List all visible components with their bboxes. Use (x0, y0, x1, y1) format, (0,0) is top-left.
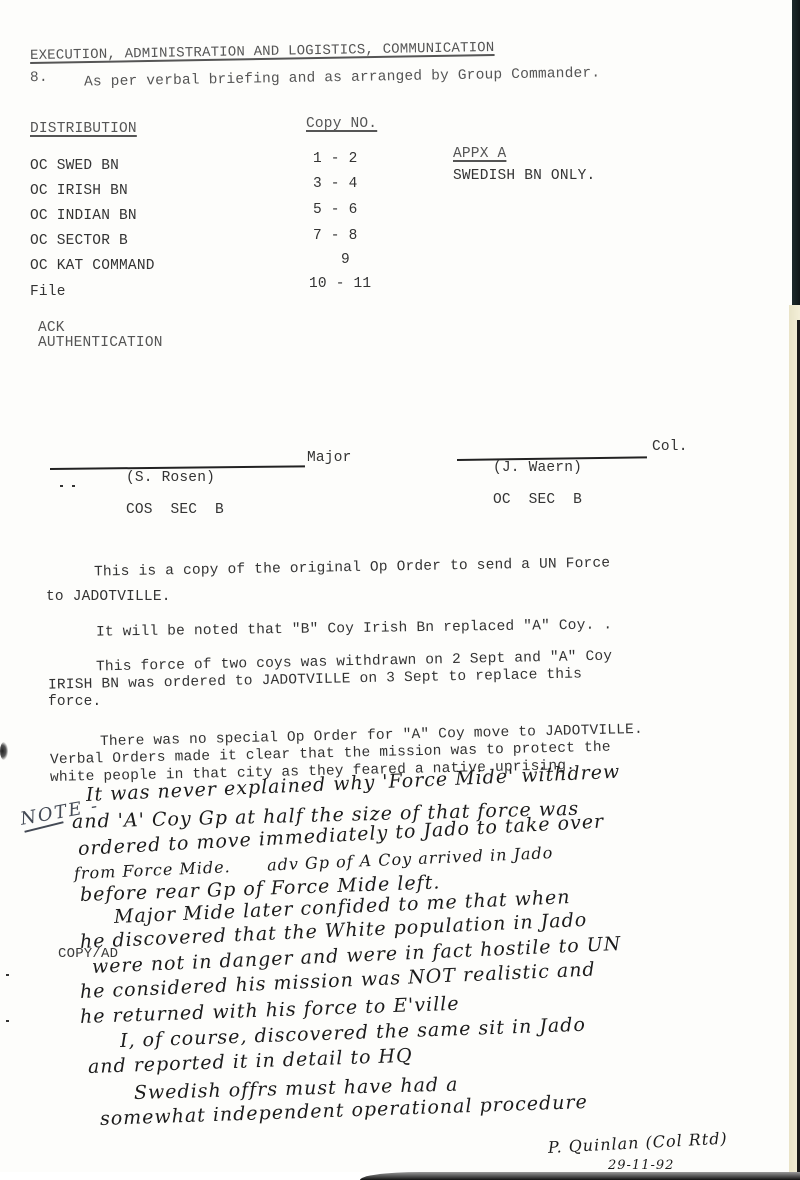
signature-title: OC SEC B (493, 492, 582, 508)
handwritten-date: 29-11-92 (608, 1158, 674, 1173)
distribution-recipient: OC IRISH BN (30, 183, 128, 199)
copy-number: 3 - 4 (313, 176, 358, 192)
signature-rank: Major (307, 450, 352, 466)
paragraph-number: 8. (30, 70, 48, 86)
signature-name: (J. Waern) (493, 460, 582, 476)
copy-stamp: COPY/AD (58, 946, 118, 962)
signature-name: (S. Rosen) (126, 470, 215, 486)
appendix-heading: APPX A (453, 146, 506, 162)
copy-number: 10 - 11 (309, 276, 371, 292)
distribution-recipient: OC INDIAN BN (30, 208, 137, 224)
distribution-recipient: File (30, 284, 66, 300)
copy-number: 1 - 2 (313, 151, 358, 167)
signature-rank: Col. (652, 439, 688, 455)
ink-blot (0, 742, 8, 760)
copy-number: 9 (341, 252, 350, 268)
distribution-recipient: OC SWED BN (30, 158, 119, 174)
copy-number: 7 - 8 (313, 228, 358, 244)
ack-label: ACK (38, 321, 65, 335)
paragraph-3-line: force. (48, 694, 101, 710)
signature-title: COS SEC B (126, 502, 224, 518)
scan-edge-bottom (360, 1172, 800, 1180)
margin-mark (60, 485, 63, 487)
copy-number-heading: Copy NO. (306, 116, 377, 132)
scan-edge-right (792, 0, 800, 305)
copy-number: 5 - 6 (313, 202, 358, 218)
distribution-recipient: OC SECTOR B (30, 233, 128, 249)
appendix-note: SWEDISH BN ONLY. (453, 168, 595, 184)
margin-mark (6, 1020, 9, 1022)
margin-mark (72, 485, 75, 487)
margin-mark (6, 974, 9, 976)
distribution-recipient: OC KAT COMMAND (30, 258, 155, 274)
distribution-heading: DISTRIBUTION (30, 121, 137, 137)
authentication-label: AUTHENTICATION (38, 335, 163, 351)
paragraph-1-line: to JADOTVILLE. (46, 589, 171, 605)
